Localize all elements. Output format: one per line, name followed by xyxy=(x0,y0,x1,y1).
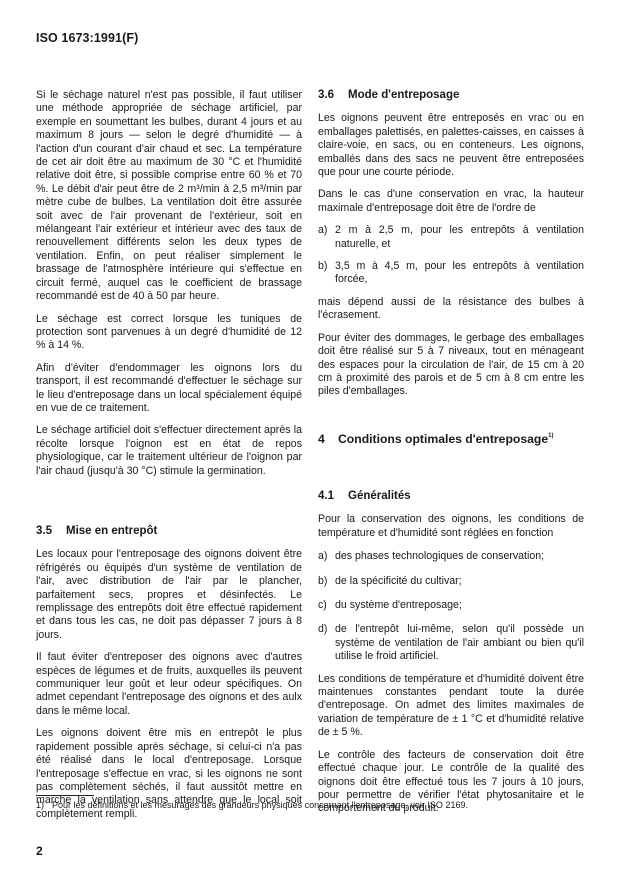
document-id: ISO 1673:1991(F) xyxy=(36,31,138,45)
list-item: a) 2 m à 2,5 m, pour les entrepôts à ven… xyxy=(318,224,584,251)
list-text: des phases technologiques de conservatio… xyxy=(335,550,584,563)
section-title: Généralités xyxy=(348,490,411,502)
footnote-text: Pour les définitions et les mesurages de… xyxy=(52,800,468,810)
chapter-title: Conditions optimales d'entreposage xyxy=(338,432,548,446)
section-heading: 3.6Mode d'entreposage xyxy=(318,89,584,102)
list-label: a) xyxy=(318,224,335,251)
list-text: du système d'entreposage; xyxy=(335,599,584,612)
section-title: Mode d'entreposage xyxy=(348,89,459,101)
paragraph: Le séchage est correct lorsque les tuniq… xyxy=(36,313,302,353)
paragraph: Dans le cas d'une conservation en vrac, … xyxy=(318,188,584,215)
section-4-1: 4.1Généralités Pour la conservation des … xyxy=(318,490,584,816)
footnote: 1)Pour les définitions et les mesurages … xyxy=(36,800,468,810)
page-number: 2 xyxy=(36,844,43,858)
list-item: b) de la spécificité du cultivar; xyxy=(318,575,584,588)
list-label: b) xyxy=(318,575,335,588)
list-text: 3,5 m à 4,5 m, pour les entrepôts à vent… xyxy=(335,260,584,287)
list-item: c) du système d'entreposage; xyxy=(318,599,584,612)
footnote-divider xyxy=(36,795,94,796)
list-label: b) xyxy=(318,260,335,287)
paragraph: Il faut éviter d'entreposer des oignons … xyxy=(36,651,302,718)
section-number: 4.1 xyxy=(318,490,348,503)
list-label: c) xyxy=(318,599,335,612)
list-item: a) des phases technologiques de conserva… xyxy=(318,550,584,563)
section-heading: 4.1Généralités xyxy=(318,490,584,503)
list-item: d) de l'entrepôt lui-même, selon qu'il p… xyxy=(318,623,584,663)
chapter-number: 4 xyxy=(318,432,338,446)
chapter-heading: 4Conditions optimales d'entreposage1) xyxy=(318,432,553,446)
left-column-intro: Si le séchage naturel n'est pas possible… xyxy=(36,89,302,478)
section-number: 3.6 xyxy=(318,89,348,102)
paragraph: Les oignons peuvent être entreposés en v… xyxy=(318,112,584,179)
paragraph: Pour la conservation des oignons, les co… xyxy=(318,513,584,540)
paragraph: mais dépend aussi de la résistance des b… xyxy=(318,296,584,323)
footnote-reference[interactable]: 1) xyxy=(548,433,553,439)
paragraph: Si le séchage naturel n'est pas possible… xyxy=(36,89,302,304)
footnote-number: 1) xyxy=(36,800,52,810)
paragraph: Les locaux pour l'entreposage des oignon… xyxy=(36,548,302,642)
list-text: 2 m à 2,5 m, pour les entrepôts à ventil… xyxy=(335,224,584,251)
list-label: a) xyxy=(318,550,335,563)
paragraph: Afin d'éviter d'endommager les oignons l… xyxy=(36,362,302,416)
paragraph: Le séchage artificiel doit s'effectuer d… xyxy=(36,424,302,478)
list-text: de l'entrepôt lui-même, selon qu'il poss… xyxy=(335,623,584,663)
section-title: Mise en entrepôt xyxy=(66,525,157,537)
list-item: b) 3,5 m à 4,5 m, pour les entrepôts à v… xyxy=(318,260,584,287)
list-label: d) xyxy=(318,623,335,663)
section-3-5: 3.5Mise en entrepôt Les locaux pour l'en… xyxy=(36,525,302,821)
section-number: 3.5 xyxy=(36,525,66,538)
paragraph: Les conditions de température et d'humid… xyxy=(318,673,584,740)
section-3-6: 3.6Mode d'entreposage Les oignons peuven… xyxy=(318,89,584,399)
list-text: de la spécificité du cultivar; xyxy=(335,575,584,588)
paragraph: Pour éviter des dommages, le gerbage des… xyxy=(318,332,584,399)
section-heading: 3.5Mise en entrepôt xyxy=(36,525,302,538)
